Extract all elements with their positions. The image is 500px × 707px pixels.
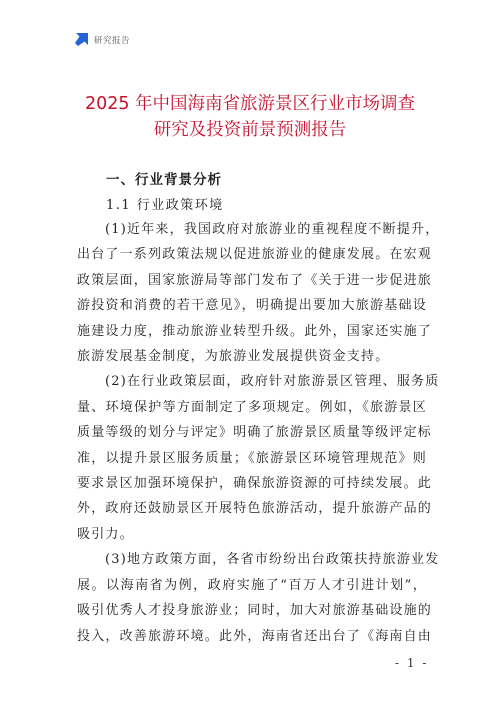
- text-line: 政策层面，国家旅游局等部门发布了《关于进一步促进旅: [77, 268, 427, 293]
- text-line: 量、环境保护等方面制定了多项规定。例如，《旅游景区: [77, 395, 427, 420]
- paragraph-2: (2)在行业政策层面，政府针对旅游景区管理、服务质 量、环境保护等方面制定了多项…: [77, 369, 427, 547]
- text-line: 施建设力度，推动旅游业转型升级。此外，国家还实施了: [77, 319, 427, 344]
- text-line: 准，以提升景区服务质量；《旅游景区环境管理规范》则: [77, 446, 427, 471]
- text-line: 吸引优秀人才投身旅游业；同时，加大对旅游基础设施的: [77, 598, 427, 623]
- text-line: 展。以海南省为例，政府实施了“百万人才引进计划”，: [77, 573, 427, 598]
- subsection-heading: 1.1 行业政策环境: [106, 194, 224, 213]
- text-line: (3)地方政策方面，各省市纷纷出台政策扶持旅游业发: [77, 547, 427, 572]
- header-label: 研究报告: [94, 34, 130, 46]
- page-number: - 1 -: [395, 656, 428, 670]
- arrow-up-right-icon: [75, 33, 88, 46]
- text-line: (2)在行业政策层面，政府针对旅游景区管理、服务质: [77, 369, 427, 394]
- text-line: 要求景区加强环境保护，确保旅游资源的可持续发展。此: [77, 471, 427, 496]
- text-line: 旅游发展基金制度，为旅游业发展提供资金支持。: [77, 344, 427, 369]
- text-line: (1)近年来，我国政府对旅游业的重视程度不断提升，: [77, 217, 427, 242]
- document-body: (1)近年来，我国政府对旅游业的重视程度不断提升， 出台了一系列政策法规以促进旅…: [77, 217, 427, 649]
- paragraph-1: (1)近年来，我国政府对旅游业的重视程度不断提升， 出台了一系列政策法规以促进旅…: [77, 217, 427, 369]
- text-line: 投入，改善旅游环境。此外，海南省还出台了《海南自由: [77, 624, 427, 649]
- text-line: 游投资和消费的若干意见》，明确提出要加大旅游基础设: [77, 293, 427, 318]
- text-line: 质量等级的划分与评定》明确了旅游景区质量等级评定标: [77, 420, 427, 445]
- report-header: 研究报告: [75, 33, 130, 46]
- text-line: 出台了一系列政策法规以促进旅游业的健康发展。在宏观: [77, 242, 427, 267]
- paragraph-3: (3)地方政策方面，各省市纷纷出台政策扶持旅游业发 展。以海南省为例，政府实施了…: [77, 547, 427, 649]
- section-heading: 一、行业背景分析: [106, 168, 222, 188]
- title-line-2: 研究及投资前景预测报告: [0, 117, 500, 143]
- text-line: 吸引力。: [77, 522, 427, 547]
- title-line-1: 2025 年中国海南省旅游景区行业市场调查: [0, 91, 500, 117]
- document-title: 2025 年中国海南省旅游景区行业市场调查 研究及投资前景预测报告: [0, 91, 500, 143]
- text-line: 外，政府还鼓励景区开展特色旅游活动，提升旅游产品的: [77, 496, 427, 521]
